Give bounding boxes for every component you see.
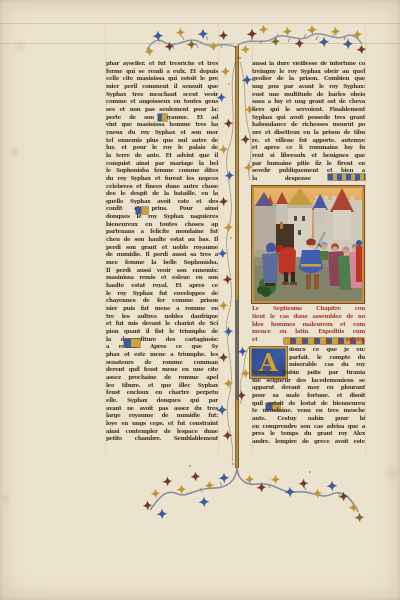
ruling-line-top bbox=[0, 23, 400, 24]
line-filler bbox=[328, 174, 365, 180]
miniature-scene bbox=[254, 188, 362, 301]
ruling-line-right bbox=[365, 23, 366, 455]
ruling-line-second bbox=[0, 43, 400, 44]
right-column-text-bottom: Syphax. Nabin jadis par tirania me seign… bbox=[252, 370, 365, 448]
chapter-rubric: Le Septiesme Chapitre con tient le cas d… bbox=[252, 306, 365, 346]
right-column-text-top: aussi la dure vieillesse de infortune co… bbox=[252, 61, 365, 185]
paraph-mark bbox=[136, 207, 148, 214]
ruling-line-mid-left bbox=[218, 23, 219, 455]
miniature-painting bbox=[252, 186, 364, 303]
vine-tendrils bbox=[227, 60, 252, 462]
vine-central-bar bbox=[236, 46, 239, 468]
figure-far-right bbox=[356, 240, 362, 282]
manuscript-page: phar ayseller. et fut tresriche et tres … bbox=[0, 0, 400, 600]
paraph-mark bbox=[124, 339, 140, 347]
paraph-mark bbox=[158, 114, 167, 121]
right-column-text-indented: doncs ce que je eu: parfait. le compte d… bbox=[289, 347, 365, 371]
